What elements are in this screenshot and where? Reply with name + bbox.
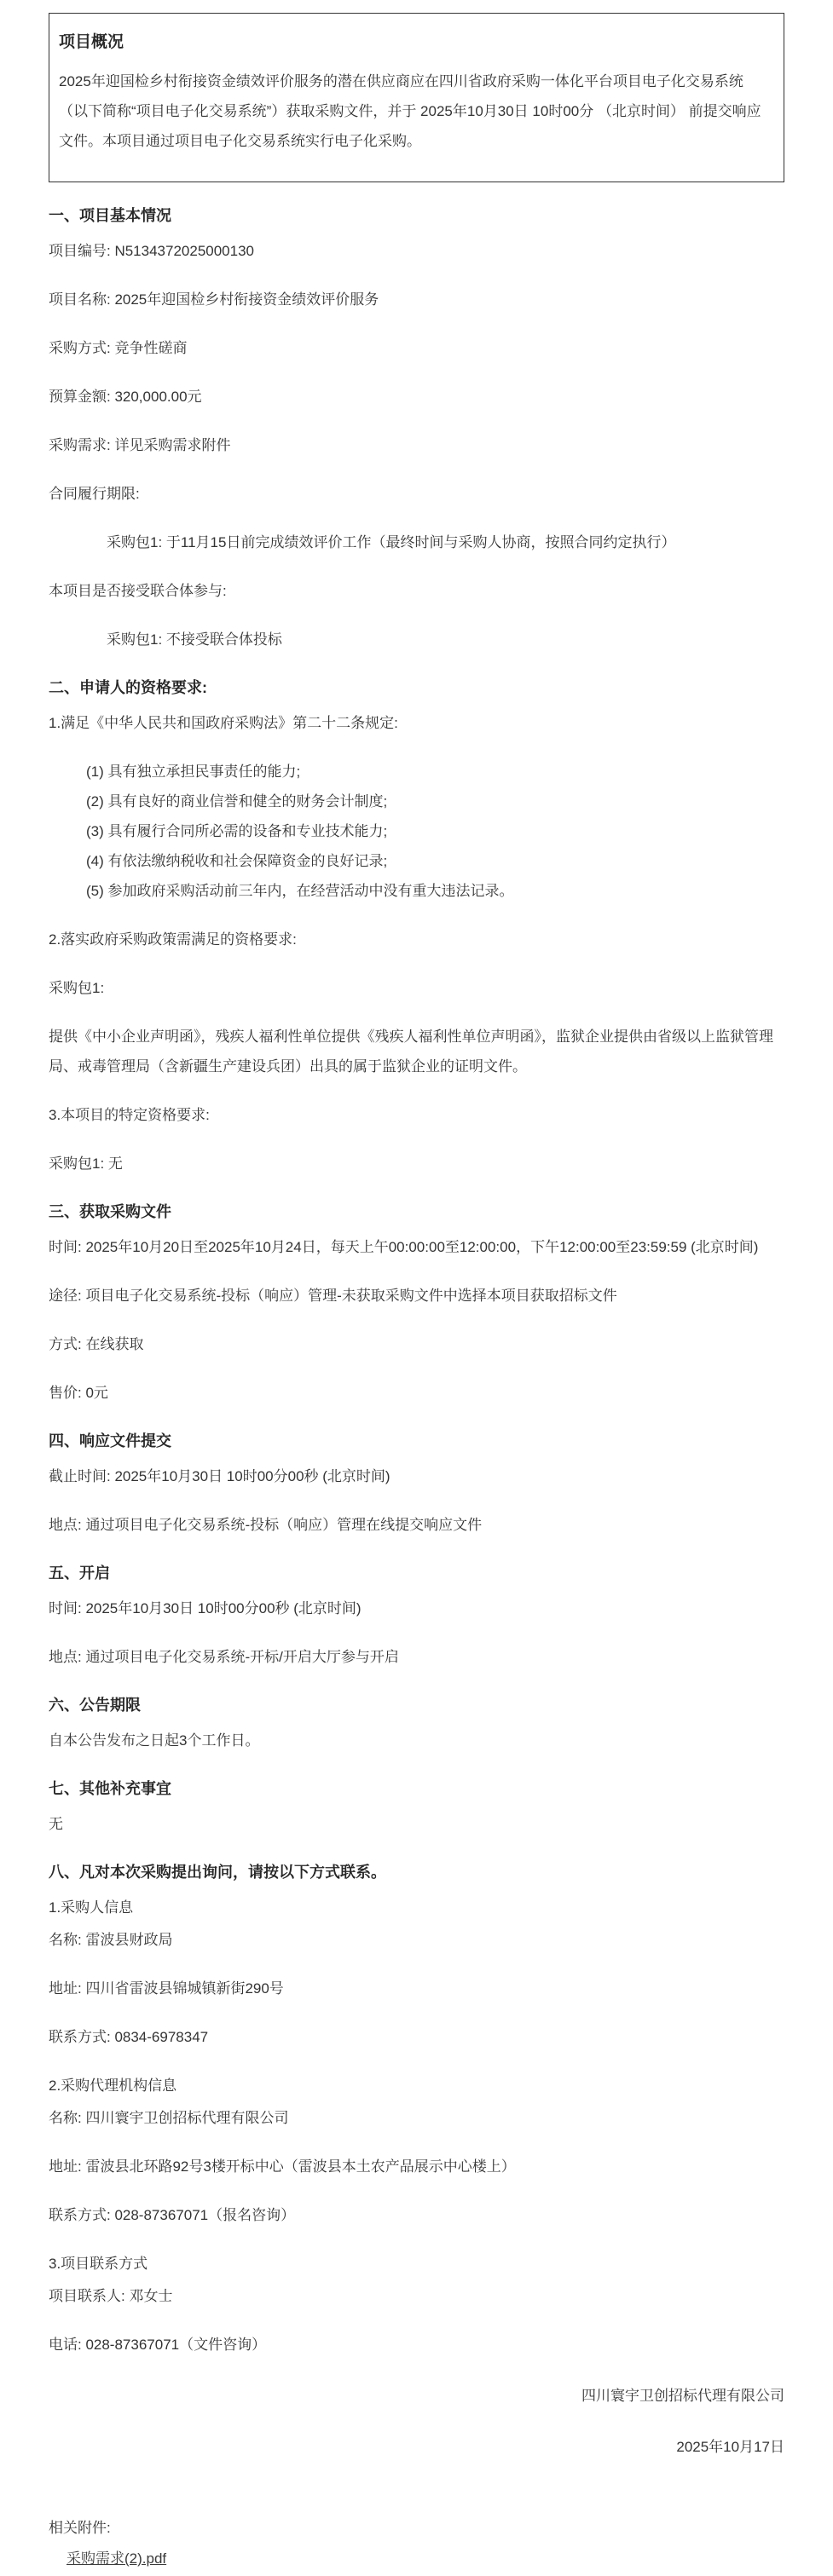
section-line: 本项目是否接受联合体参与:: [49, 576, 784, 606]
section-heading: 五、开启: [49, 1559, 784, 1588]
section-line: 2.落实政府采购政策需满足的资格要求:: [49, 925, 784, 954]
section-heading: 三、获取采购文件: [49, 1197, 784, 1227]
section-heading: 七、其他补充事宜: [49, 1774, 784, 1804]
sections-container: 一、项目基本情况项目编号: N5134372025000130项目名称: 202…: [49, 201, 784, 2360]
section-heading: 四、响应文件提交: [49, 1426, 784, 1456]
section-line: 截止时间: 2025年10月30日 10时00分00秒 (北京时间): [49, 1461, 784, 1491]
section-line: 采购包1: 无: [49, 1149, 784, 1179]
section-line: 项目联系人: 邓女士: [49, 2281, 784, 2311]
section-line: 无: [49, 1809, 784, 1839]
section-line: 时间: 2025年10月30日 10时00分00秒 (北京时间): [49, 1593, 784, 1623]
section-line: 名称: 四川寰宇卫创招标代理有限公司: [49, 2103, 784, 2133]
attachments-label: 相关附件:: [49, 2513, 784, 2543]
section-line: 3.本项目的特定资格要求:: [49, 1100, 784, 1130]
section-heading: 二、申请人的资格要求:: [49, 673, 784, 703]
section-line: 3.项目联系方式: [49, 2249, 784, 2279]
section-line: 地址: 四川省雷波县锦城镇新街290号: [49, 1974, 784, 2003]
section-line: 合同履行期限:: [49, 479, 784, 509]
section-line: 方式: 在线获取: [49, 1329, 784, 1359]
section-line: 项目名称: 2025年迎国检乡村衔接资金绩效评价服务: [49, 285, 784, 314]
section-line: 采购方式: 竞争性磋商: [49, 333, 784, 363]
section-line: 地址: 雷波县北环路92号3楼开标中心（雷波县本土农产品展示中心楼上）: [49, 2152, 784, 2181]
section-line: 自本公告发布之日起3个工作日。: [49, 1726, 784, 1755]
attachments-section: 相关附件: 采购需求(2).pdf: [49, 2513, 784, 2573]
attachment-link[interactable]: 采购需求(2).pdf: [67, 2544, 166, 2573]
section-line: (2) 具有良好的商业信誉和健全的财务会计制度;: [49, 787, 784, 816]
section-heading: 一、项目基本情况: [49, 201, 784, 231]
overview-title: 项目概况: [59, 31, 771, 55]
section-line: 采购包1: 不接受联合体投标: [49, 625, 784, 654]
section-line: 电话: 028-87367071（文件咨询）: [49, 2330, 784, 2360]
section-line: 2.采购代理机构信息: [49, 2071, 784, 2101]
overview-body: 2025年迎国检乡村衔接资金绩效评价服务的潜在供应商应在四川省政府采购一体化平台…: [59, 66, 771, 156]
announcement-date: 2025年10月17日: [49, 2432, 784, 2462]
section-line: 地点: 通过项目电子化交易系统-投标（响应）管理在线提交响应文件: [49, 1510, 784, 1540]
section-line: 售价: 0元: [49, 1378, 784, 1408]
section-line: 采购包1:: [49, 973, 784, 1003]
section-line: (5) 参加政府采购活动前三年内，在经营活动中没有重大违法记录。: [49, 876, 784, 906]
section-line: 时间: 2025年10月20日至2025年10月24日，每天上午00:00:00…: [49, 1232, 784, 1262]
section-line: 1.满足《中华人民共和国政府采购法》第二十二条规定:: [49, 708, 784, 738]
project-overview-box: 项目概况 2025年迎国检乡村衔接资金绩效评价服务的潜在供应商应在四川省政府采购…: [49, 13, 784, 182]
section-line: 名称: 雷波县财政局: [49, 1925, 784, 1955]
section-line: (3) 具有履行合同所必需的设备和专业技术能力;: [49, 816, 784, 846]
section-line: (4) 有依法缴纳税收和社会保障资金的良好记录;: [49, 846, 784, 876]
section-line: 地点: 通过项目电子化交易系统-开标/开启大厅参与开启: [49, 1642, 784, 1672]
section-line: 采购包1: 于11月15日前完成绩效评价工作（最终时间与采购人协商，按照合同约定…: [49, 527, 784, 557]
section-line: 联系方式: 0834-6978347: [49, 2022, 784, 2052]
agency-signature: 四川寰宇卫创招标代理有限公司: [49, 2381, 784, 2411]
section-line: 预算金额: 320,000.00元: [49, 382, 784, 412]
section-line: 提供《中小企业声明函》，残疾人福利性单位提供《残疾人福利性单位声明函》，监狱企业…: [49, 1022, 784, 1081]
section-line: 采购需求: 详见采购需求附件: [49, 430, 784, 460]
section-heading: 八、凡对本次采购提出询问，请按以下方式联系。: [49, 1858, 784, 1887]
announcement-page: 项目概况 2025年迎国检乡村衔接资金绩效评价服务的潜在供应商应在四川省政府采购…: [49, 13, 784, 2573]
section-line: 联系方式: 028-87367071（报名咨询）: [49, 2200, 784, 2230]
section-line: 1.采购人信息: [49, 1893, 784, 1922]
section-line: (1) 具有独立承担民事责任的能力;: [49, 757, 784, 787]
section-line: 项目编号: N5134372025000130: [49, 236, 784, 266]
section-heading: 六、公告期限: [49, 1691, 784, 1720]
signature-block: 四川寰宇卫创招标代理有限公司 2025年10月17日: [49, 2381, 784, 2462]
section-line: 途径: 项目电子化交易系统-投标（响应）管理-未获取采购文件中选择本项目获取招标…: [49, 1281, 784, 1311]
